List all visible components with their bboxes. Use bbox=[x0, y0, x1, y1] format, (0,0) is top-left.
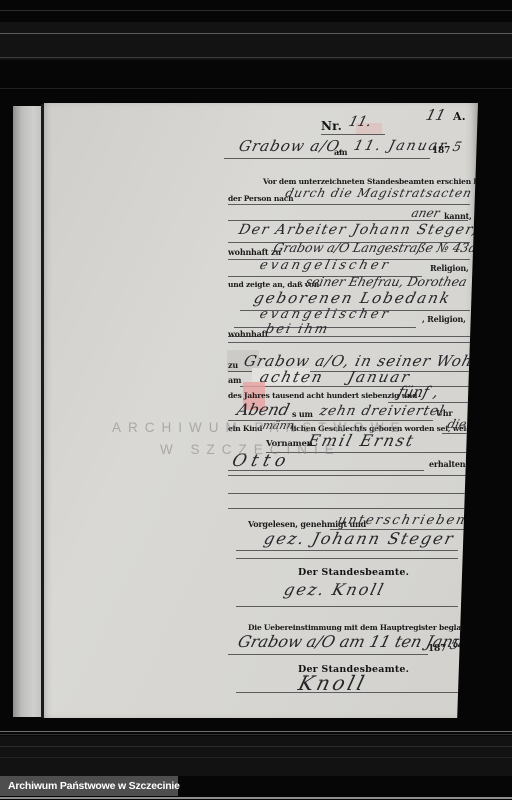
religion2-written: evangelischer bbox=[258, 307, 392, 322]
time-written1: Abend bbox=[235, 400, 292, 419]
names2-printed: erhalten habe bbox=[429, 459, 489, 469]
registrar-heading: Der Standesbeamte. bbox=[298, 567, 409, 578]
written-year-digit: 5 bbox=[451, 140, 463, 155]
announcement-written: seiner Ehefrau, Dorothea bbox=[304, 274, 469, 289]
watermark-line-2: W SZCZECINIE bbox=[160, 442, 341, 457]
scan-streak-line bbox=[0, 10, 512, 11]
child-written2: die bbox=[446, 417, 468, 431]
watermark-line-1: ARCHIWUM PAŃSTWOWE bbox=[112, 420, 407, 435]
ruled-line bbox=[228, 470, 424, 471]
declarant-name: Der Arbeiter Johann Steger, bbox=[237, 222, 480, 238]
religion1-printed: Religion, bbox=[430, 263, 469, 273]
ruled-line bbox=[236, 550, 458, 551]
certification-text: Die Uebereinstimmung mit dem Hauptregist… bbox=[248, 623, 482, 632]
scan-streak-line bbox=[0, 88, 512, 89]
birthday-day: achten bbox=[258, 368, 326, 386]
registrar-signature: gez. Knoll bbox=[282, 580, 387, 599]
binding-fold bbox=[41, 104, 44, 718]
scan-streak-line bbox=[0, 734, 512, 735]
previous-page-edge bbox=[13, 106, 42, 717]
document-page: 11 A. Nr. 11. Grabow a/O, am 11. Januar … bbox=[44, 103, 478, 718]
archive-name-bar: Archiwum Państwowe w Szczecinie bbox=[0, 776, 178, 796]
record-number-label: Nr. bbox=[321, 119, 342, 133]
ruled-line bbox=[228, 336, 470, 337]
certification-year-printed: 187 bbox=[428, 644, 446, 654]
religion1-written: evangelischer bbox=[258, 258, 392, 273]
time-printed1: s um bbox=[292, 409, 313, 419]
ruled-line bbox=[228, 220, 468, 221]
declarant-signature: gez. Johann Steger bbox=[262, 529, 457, 548]
ruled-line bbox=[228, 342, 470, 343]
year-line-printed: des Jahres tausend acht hundert siebenzi… bbox=[228, 391, 417, 400]
ruled-line bbox=[442, 433, 470, 434]
residence-written: Grabow a/O Langestraße № 43a bbox=[272, 240, 478, 255]
scan-streak-line bbox=[0, 33, 512, 34]
maiden-name: geborenen Lobedank bbox=[252, 289, 453, 307]
time-written2: zehn dreiviertel bbox=[318, 403, 446, 419]
archive-name-label: Archiwum Państwowe w Szczecinie bbox=[0, 776, 178, 796]
ruled-line bbox=[224, 158, 430, 159]
ruled-line bbox=[228, 508, 470, 509]
birthday-printed: am bbox=[228, 375, 241, 385]
scan-streak-line bbox=[0, 731, 512, 732]
ruled-line bbox=[236, 606, 458, 607]
printed-year: 187 bbox=[432, 146, 450, 156]
residence2-printed: wohnhaft bbox=[228, 329, 268, 339]
ruled-line bbox=[321, 134, 385, 135]
printed-am: am bbox=[334, 147, 347, 157]
scan-background-band-bottom bbox=[0, 736, 512, 776]
ruled-line bbox=[228, 204, 470, 205]
person-written: durch die Magistratsacten bbox=[284, 186, 474, 200]
folio-number: 11 bbox=[424, 106, 448, 124]
folio-letter: A. bbox=[453, 110, 466, 123]
archive-scan-viewer: 11 A. Nr. 11. Grabow a/O, am 11. Januar … bbox=[0, 0, 512, 800]
scan-streak-line bbox=[0, 797, 512, 799]
scan-background-band-top bbox=[0, 22, 512, 60]
scan-streak-line bbox=[0, 757, 512, 758]
scan-streak-line bbox=[0, 746, 512, 747]
closing-written: unterschrieben bbox=[336, 513, 468, 528]
ruled-line bbox=[228, 475, 470, 476]
religion2-printed: , Religion, bbox=[422, 314, 466, 324]
registrar-signature-2: Knoll bbox=[296, 671, 370, 695]
ruled-line bbox=[228, 493, 470, 494]
birthplace-printed: zu bbox=[228, 360, 238, 370]
scan-streak-line bbox=[0, 57, 512, 58]
anerkannt-printed: kannt, bbox=[444, 211, 472, 221]
anerkannt-written: aner bbox=[410, 206, 441, 220]
ruled-line bbox=[228, 654, 428, 655]
residence2-written: bei ihm bbox=[264, 322, 331, 337]
year-line-written: fünf , bbox=[396, 383, 440, 401]
ruled-line bbox=[236, 558, 458, 559]
intro-formula: Vor dem unterzeichneten Standesbeamten e… bbox=[263, 177, 496, 186]
record-number-value: 11. bbox=[347, 114, 373, 130]
record-place: Grabow a/O, bbox=[237, 137, 347, 155]
